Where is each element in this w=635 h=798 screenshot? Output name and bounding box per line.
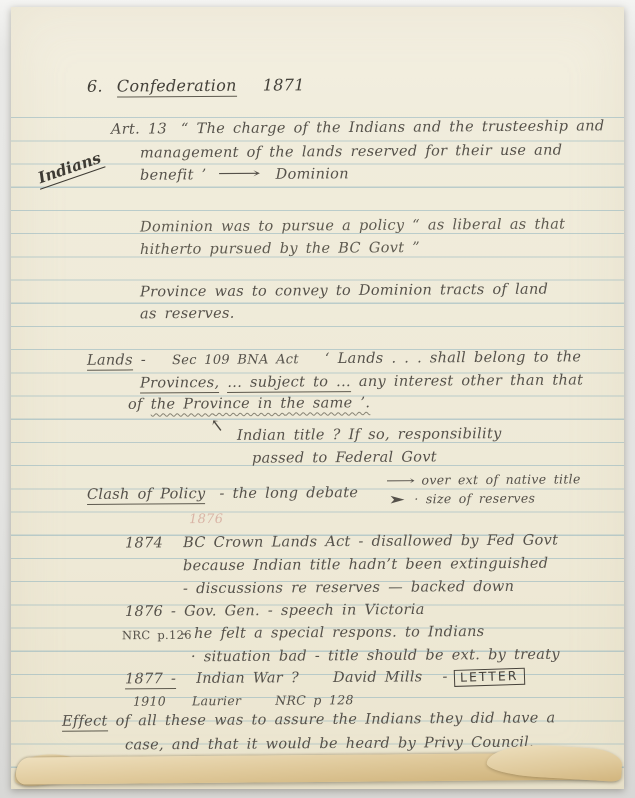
policy-line-1: Dominion was to pursue a policy “ as lib… (140, 217, 565, 237)
lands-line-2: Provinces,... subject to ...any interest… (140, 372, 583, 392)
long-arrow-right-icon: ⟶ (217, 166, 261, 183)
timeline-1877-year: 1877 - (125, 671, 176, 689)
timeline-1877-dash: - (442, 669, 447, 685)
heading-line: 6.Confederation1871 (87, 76, 305, 96)
arrowhead-right-icon: ➤ (388, 493, 406, 507)
effect-word: Effect (62, 713, 108, 731)
lands-quote-3b: the Province in the same ’. (151, 395, 371, 413)
timeline-1877-line: 1877 -Indian War ?David Mills-LETTER (125, 669, 524, 689)
lands-label: Lands (87, 352, 133, 370)
margin-note-indians: Indians (33, 147, 105, 189)
timeline-1876-line-3: · situation bad - title should be ext. b… (191, 647, 560, 666)
province-line-2: as reserves. (140, 306, 235, 323)
letter-box-annotation: LETTER (453, 668, 524, 688)
clash-label: Clash of Policy (87, 486, 206, 505)
timeline-1910-year: 1910 (133, 694, 166, 709)
lands-quote-2a: Provinces, (140, 375, 219, 394)
timeline-1910-line: 1910LaurierNRC p 128 (133, 693, 354, 709)
art13-dominion: Dominion (276, 166, 349, 183)
art13-quote-3: benefit ’ (140, 167, 207, 183)
lands-quote-2c: any interest other than that (359, 372, 583, 390)
timeline-1876-line-2: - he felt a special respons. to Indians (181, 624, 485, 643)
clash-issue-2: ➤· size of reserves (392, 492, 535, 508)
heading-year: 1871 (263, 75, 305, 94)
indian-title-note-1: Indian title ? If so, responsibility (237, 426, 502, 445)
effect-line-2: case, and that it would be heard by Priv… (125, 735, 534, 755)
lands-ref: Sec 109 BNA Act (172, 352, 299, 368)
scanned-note-page: { "colors":{ "scan_background":"#e4e4e2"… (0, 0, 635, 798)
timeline-1874-line-3: - discussions re reserves — backed down (183, 579, 514, 598)
clash-line: Clash of Policy- the long debate (87, 485, 358, 504)
timeline-1874-line: 1874BC Crown Lands Act - disallowed by F… (125, 532, 558, 552)
art13-line-2: management of the lands reserved for the… (140, 143, 562, 163)
art13-line-1: Art. 13“ The charge of the Indians and t… (111, 118, 605, 138)
timeline-1874-line-2: because Indian title hadn’t been extingu… (183, 556, 548, 575)
lands-line-3: ofthe Province in the same ’. (128, 395, 370, 413)
province-line-1: Province was to convey to Dominion tract… (140, 282, 548, 302)
clash-issue-2-text: · size of reserves (414, 491, 535, 507)
clash-issue-1-text: over ext of native title (421, 471, 580, 487)
lands-dash: - (141, 352, 146, 368)
faint-year-annotation: 1876 (189, 513, 223, 528)
heading-number: 6. (87, 77, 103, 96)
art13-quote-1: “ The charge of the Indians and the trus… (181, 118, 605, 137)
timeline-1877-text: Indian War ? (196, 670, 299, 687)
timeline-1874-text: BC Crown Lands Act - disallowed by Fed G… (183, 532, 558, 551)
heading-title: Confederation (117, 76, 237, 98)
up-left-arrow-icon: ↖ (209, 415, 226, 437)
notebook-page: 6.Confederation1871 Indians Art. 13“ The… (11, 7, 624, 789)
policy-line-2: hitherto pursued by the BC Govt ” (140, 240, 420, 259)
art13-line-3: benefit ’⟶Dominion (140, 166, 349, 184)
timeline-ref-nrc128: NRC p 128 (275, 692, 354, 708)
lands-quote-2b: ... subject to ... (227, 374, 351, 393)
effect-text-1: of all these was to assure the Indians t… (116, 710, 556, 729)
clash-text: - the long debate (219, 485, 358, 502)
timeline-1876-line: 1876 - Gov. Gen. - speech in Victoria (125, 602, 425, 621)
art13-label: Art. 13 (111, 121, 167, 137)
lands-quote-1: ‘ Lands . . . shall belong to the (325, 349, 582, 367)
indian-title-note-2: passed to Federal Govt (252, 449, 437, 467)
timeline-1874-year: 1874 (125, 535, 163, 551)
timeline-1877-name: David Mills (333, 669, 423, 686)
timeline-1910-name: Laurier (192, 693, 241, 708)
lands-line-1: Lands-Sec 109 BNA Act‘ Lands . . . shall… (87, 349, 581, 369)
effect-line-1: Effectof all these was to assure the Ind… (62, 710, 556, 730)
lands-quote-3a: of (128, 397, 143, 413)
arrow-right-icon: ⟶ (386, 474, 416, 488)
clash-issue-1: ⟶over ext of native title (392, 472, 581, 488)
